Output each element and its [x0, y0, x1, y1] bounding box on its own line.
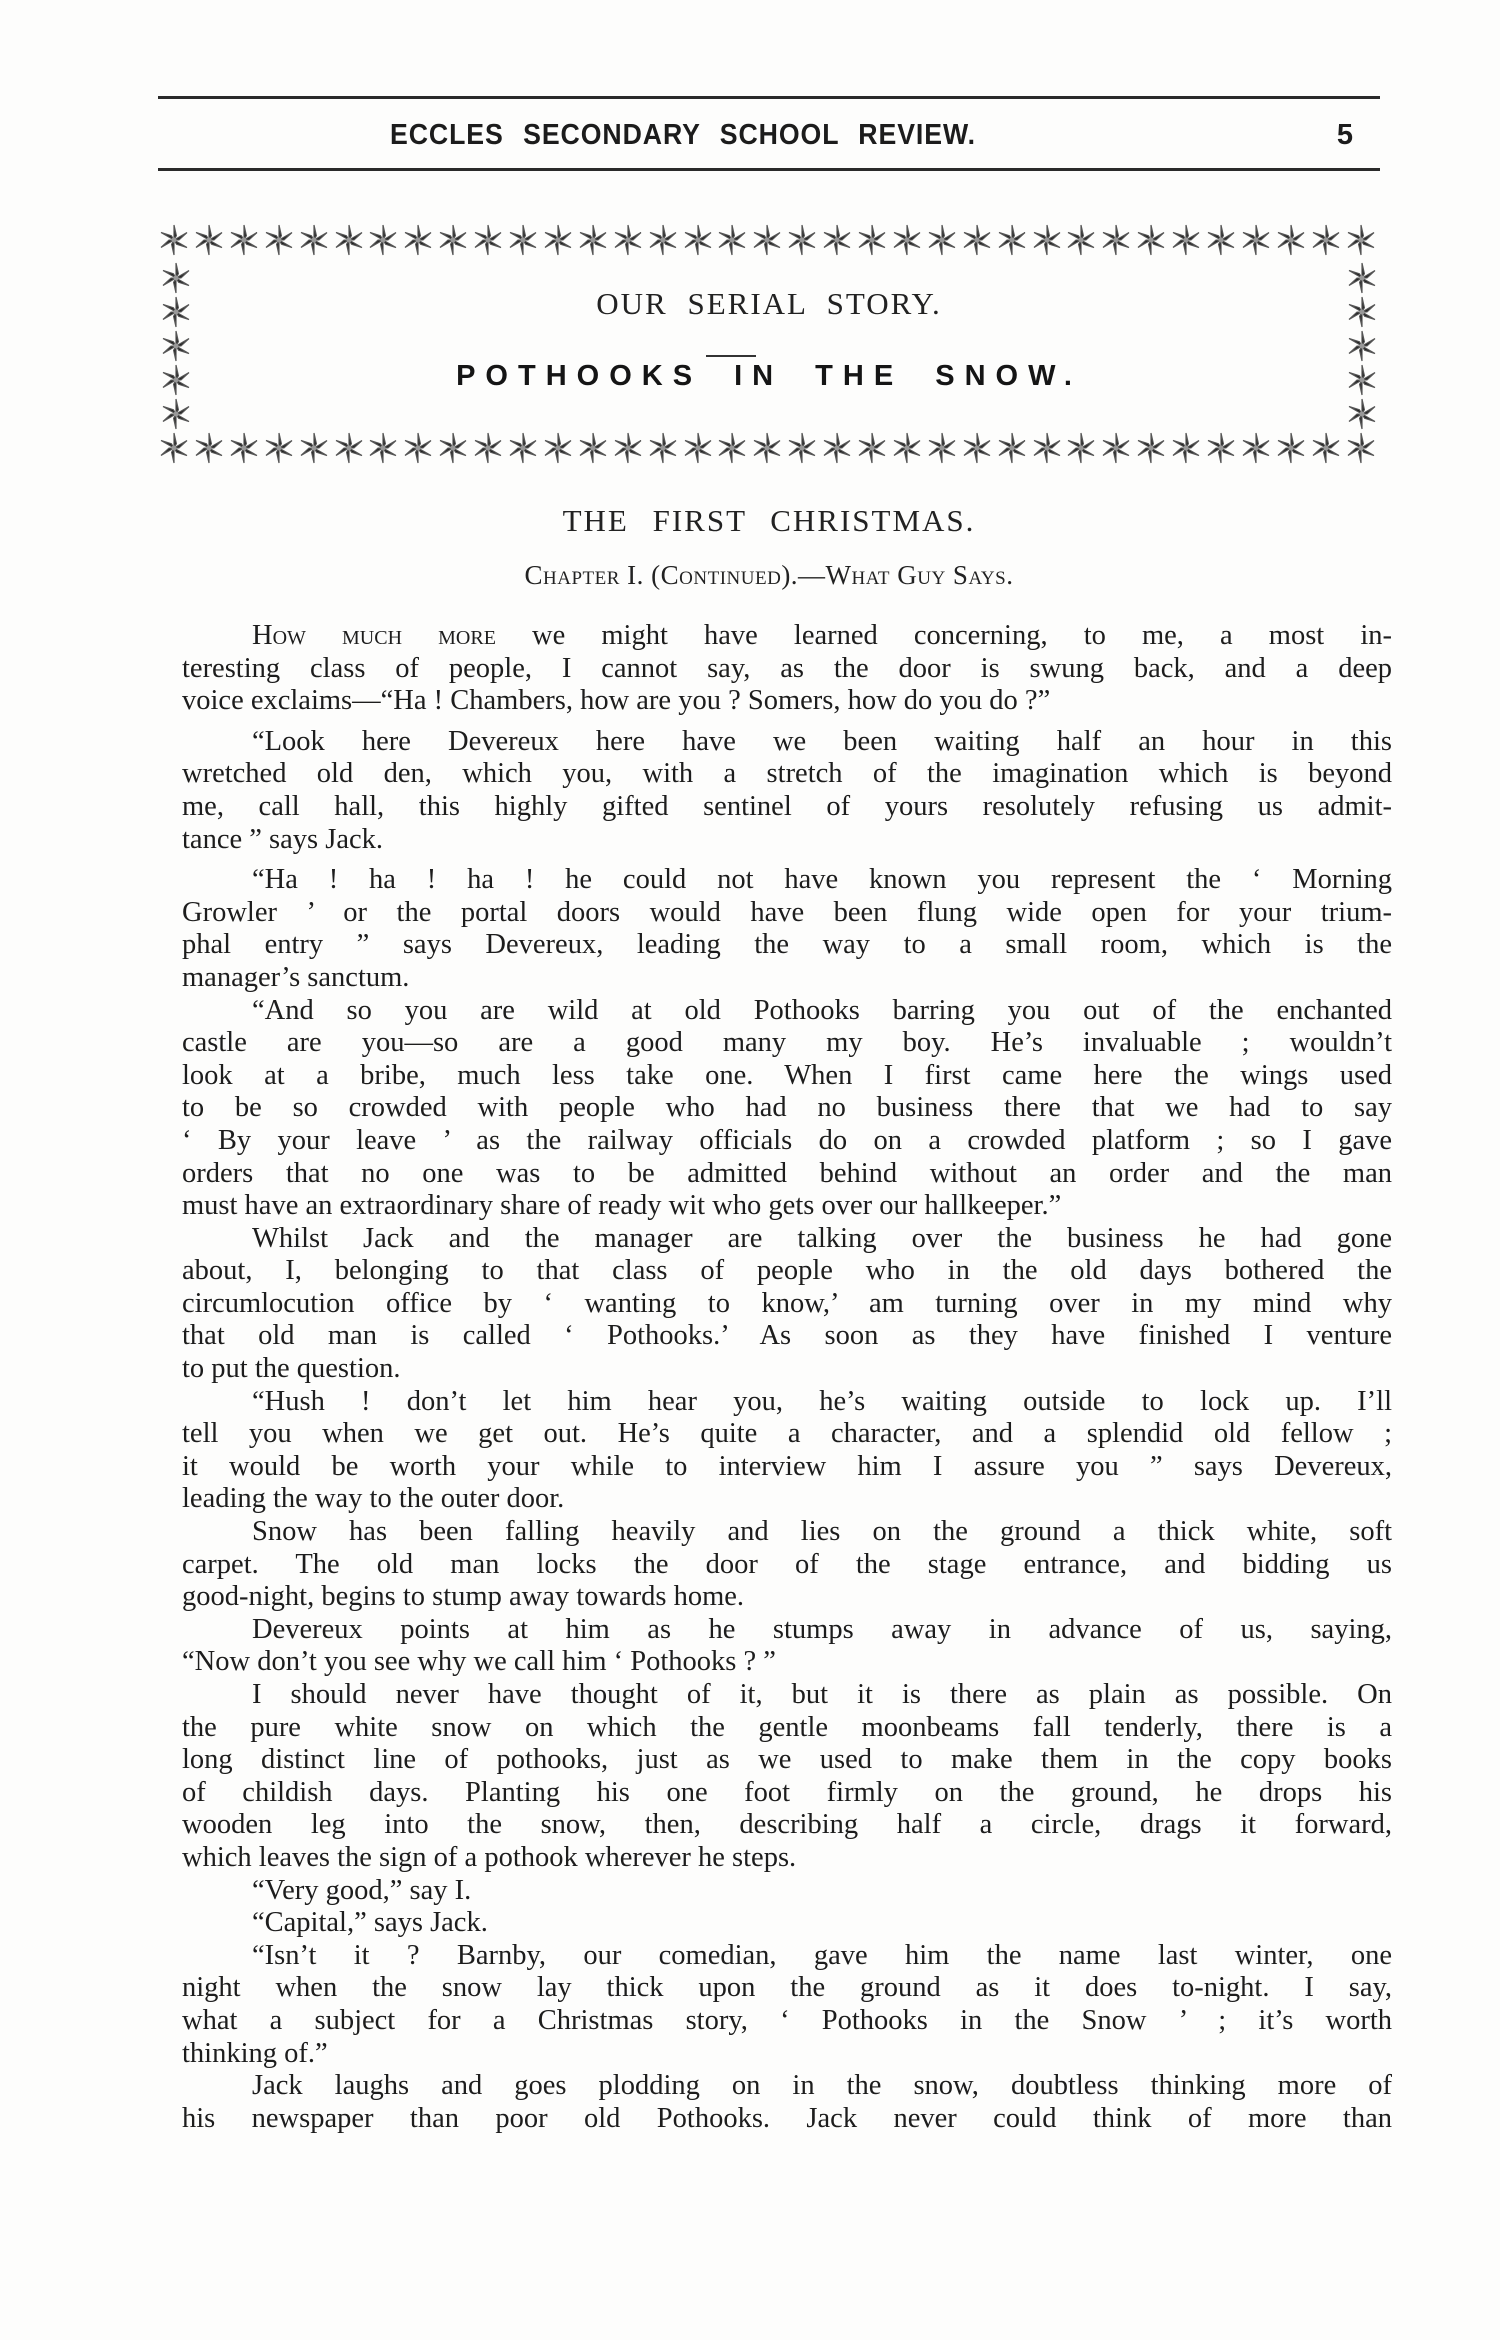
- story-paragraph: “Capital,” says Jack.: [182, 1907, 1392, 1940]
- serial-kicker: OUR SERIAL STORY.: [158, 286, 1380, 322]
- star-ornament-icon: [542, 224, 574, 256]
- star-ornament-icon: [577, 224, 609, 256]
- story-paragraph: How much more we might have learned conc…: [182, 620, 1392, 718]
- star-ornament-icon: [367, 224, 399, 256]
- star-ornament-icon: [682, 224, 714, 256]
- text-line: “Isn’t it ? Barnby, our comedian, gave h…: [182, 1940, 1392, 1973]
- star-ornament-icon: [507, 432, 539, 464]
- star-ornament-icon: [647, 224, 679, 256]
- text-line: carpet. The old man locks the door of th…: [182, 1549, 1392, 1582]
- star-ornament-icon: [1205, 432, 1237, 464]
- star-ornament-icon: [472, 224, 504, 256]
- story-paragraph: Devereux points at him as he stumps away…: [182, 1614, 1392, 1679]
- star-ornament-icon: [612, 224, 644, 256]
- lead-in-smallcaps: How much more: [252, 620, 496, 651]
- publication-title: ECCLES SECONDARY SCHOOL REVIEW.: [390, 119, 976, 152]
- text-line: to put the question.: [182, 1353, 1392, 1386]
- star-border-right: [1344, 258, 1380, 430]
- paragraph-gap: [182, 856, 1392, 864]
- star-ornament-icon: [1345, 432, 1377, 464]
- banner-divider: [706, 355, 756, 357]
- star-ornament-icon: [996, 432, 1028, 464]
- star-border-bottom: [158, 430, 1380, 466]
- star-ornament-icon: [193, 224, 225, 256]
- star-ornament-icon: [821, 224, 853, 256]
- story-paragraph: “Very good,” say I.: [182, 1875, 1392, 1908]
- text-line: “Now don’t you see why we call him ‘ Pot…: [182, 1646, 1392, 1679]
- star-ornament-icon: [193, 432, 225, 464]
- text-line: tance ” says Jack.: [182, 824, 1392, 857]
- star-ornament-icon: [158, 224, 190, 256]
- text-line: wooden leg into the snow, then, describi…: [182, 1809, 1392, 1842]
- star-ornament-icon: [1345, 224, 1377, 256]
- text-line: voice exclaims—“Ha ! Chambers, how are y…: [182, 685, 1392, 718]
- text-line: teresting class of people, I cannot say,…: [182, 653, 1392, 686]
- star-ornament-icon: [437, 432, 469, 464]
- text-line: “Look here Devereux here have we been wa…: [182, 726, 1392, 759]
- star-ornament-icon: [1135, 432, 1167, 464]
- star-ornament-icon: [1205, 224, 1237, 256]
- star-ornament-icon: [160, 330, 192, 362]
- text-line: Whilst Jack and the manager are talking …: [182, 1223, 1392, 1256]
- star-ornament-icon: [926, 224, 958, 256]
- chapter-title: Chapter I. (Continued).—What Guy Says.: [158, 560, 1380, 591]
- page-number: 5: [1337, 119, 1354, 152]
- text-line: wretched old den, which you, with a stre…: [182, 758, 1392, 791]
- text-line: Snow has been falling heavily and lies o…: [182, 1516, 1392, 1549]
- text-line: Growler ’ or the portal doors would have…: [182, 897, 1392, 930]
- text-line: good-night, begins to stump away towards…: [182, 1581, 1392, 1614]
- text-line: I should never have thought of it, but i…: [182, 1679, 1392, 1712]
- star-ornament-icon: [926, 432, 958, 464]
- star-ornament-icon: [1275, 224, 1307, 256]
- text-line: Devereux points at him as he stumps away…: [182, 1614, 1392, 1647]
- header-rule-top: [158, 96, 1380, 99]
- text-line: me, call hall, this highly gifted sentin…: [182, 791, 1392, 824]
- text-line: “Ha ! ha ! ha ! he could not have known …: [182, 864, 1392, 897]
- star-ornament-icon: [716, 432, 748, 464]
- star-ornament-icon: [542, 432, 574, 464]
- star-ornament-icon: [577, 432, 609, 464]
- star-ornament-icon: [333, 432, 365, 464]
- text-line: orders that no one was to be admitted be…: [182, 1158, 1392, 1191]
- star-ornament-icon: [1135, 224, 1167, 256]
- text-line: circumlocution office by ‘ wanting to kn…: [182, 1288, 1392, 1321]
- star-ornament-icon: [1100, 224, 1132, 256]
- star-ornament-icon: [298, 224, 330, 256]
- text-line: look at a bribe, much less take one. Whe…: [182, 1060, 1392, 1093]
- star-ornament-icon: [786, 224, 818, 256]
- star-ornament-icon: [263, 432, 295, 464]
- text-line: “Hush ! don’t let him hear you, he’s wai…: [182, 1386, 1392, 1419]
- text-line: castle are you—so are a good many my boy…: [182, 1027, 1392, 1060]
- text-line: How much more we might have learned conc…: [182, 620, 1392, 653]
- text-line: “Very good,” say I.: [182, 1875, 1392, 1908]
- text-line: night when the snow lay thick upon the g…: [182, 1972, 1392, 2005]
- star-ornament-icon: [891, 432, 923, 464]
- star-ornament-icon: [647, 432, 679, 464]
- story-paragraph: “Look here Devereux here have we been wa…: [182, 726, 1392, 856]
- text-line: to be so crowded with people who had no …: [182, 1092, 1392, 1125]
- story-paragraph: Whilst Jack and the manager are talking …: [182, 1223, 1392, 1386]
- star-ornament-icon: [1100, 432, 1132, 464]
- running-head: ECCLES SECONDARY SCHOOL REVIEW. 5: [158, 113, 1380, 161]
- star-ornament-icon: [507, 224, 539, 256]
- star-ornament-icon: [786, 432, 818, 464]
- star-ornament-icon: [961, 432, 993, 464]
- text-line: the pure white snow on which the gentle …: [182, 1712, 1392, 1745]
- star-ornament-icon: [996, 224, 1028, 256]
- star-ornament-icon: [612, 432, 644, 464]
- star-ornament-icon: [1310, 432, 1342, 464]
- star-ornament-icon: [716, 224, 748, 256]
- text-line: Jack laughs and goes plodding on in the …: [182, 2070, 1392, 2103]
- text-line: phal entry ” says Devereux, leading the …: [182, 929, 1392, 962]
- text-line: what a subject for a Christmas story, ‘ …: [182, 2005, 1392, 2038]
- paragraph-gap: [182, 718, 1392, 726]
- star-ornament-icon: [298, 432, 330, 464]
- text-line: his newspaper than poor old Pothooks. Ja…: [182, 2103, 1392, 2136]
- text-line: leading the way to the outer door.: [182, 1483, 1392, 1516]
- star-ornament-icon: [821, 432, 853, 464]
- star-ornament-icon: [402, 224, 434, 256]
- star-border-top: [158, 222, 1380, 258]
- star-ornament-icon: [367, 432, 399, 464]
- star-ornament-icon: [333, 224, 365, 256]
- star-ornament-icon: [1310, 224, 1342, 256]
- star-ornament-icon: [1065, 224, 1097, 256]
- star-ornament-icon: [228, 224, 260, 256]
- star-ornament-icon: [160, 398, 192, 430]
- star-ornament-icon: [1346, 330, 1378, 362]
- story-paragraph: Jack laughs and goes plodding on in the …: [182, 2070, 1392, 2135]
- story-paragraph: “Hush ! don’t let him hear you, he’s wai…: [182, 1386, 1392, 1516]
- story-paragraph: “Isn’t it ? Barnby, our comedian, gave h…: [182, 1940, 1392, 2070]
- star-ornament-icon: [856, 432, 888, 464]
- star-ornament-icon: [158, 432, 190, 464]
- star-ornament-icon: [1275, 432, 1307, 464]
- story-paragraph: “And so you are wild at old Pothooks bar…: [182, 995, 1392, 1223]
- star-ornament-icon: [437, 224, 469, 256]
- star-ornament-icon: [472, 432, 504, 464]
- star-ornament-icon: [1065, 432, 1097, 464]
- text-line: ‘ By your leave ’ as the railway officia…: [182, 1125, 1392, 1158]
- story-title: POTHOOKS IN THE SNOW.: [158, 360, 1380, 393]
- star-ornament-icon: [751, 432, 783, 464]
- text-line: of childish days. Planting his one foot …: [182, 1777, 1392, 1810]
- star-ornament-icon: [402, 432, 434, 464]
- star-ornament-icon: [1031, 224, 1063, 256]
- magazine-page: ECCLES SECONDARY SCHOOL REVIEW. 5 OUR SE…: [0, 0, 1500, 2340]
- star-ornament-icon: [1170, 224, 1202, 256]
- star-ornament-icon: [1031, 432, 1063, 464]
- star-border-left: [158, 258, 194, 430]
- text-line: thinking of.”: [182, 2038, 1392, 2071]
- star-ornament-icon: [891, 224, 923, 256]
- text-line: manager’s sanctum.: [182, 962, 1392, 995]
- star-ornament-icon: [856, 224, 888, 256]
- text-line: that old man is called ‘ Pothooks.’ As s…: [182, 1320, 1392, 1353]
- text-line: “And so you are wild at old Pothooks bar…: [182, 995, 1392, 1028]
- story-body: How much more we might have learned conc…: [182, 620, 1392, 2135]
- text-line: must have an extraordinary share of read…: [182, 1190, 1392, 1223]
- text-line: it would be worth your while to intervie…: [182, 1451, 1392, 1484]
- section-title: THE FIRST CHRISTMAS.: [158, 503, 1380, 539]
- text-line: which leaves the sign of a pothook where…: [182, 1842, 1392, 1875]
- star-ornament-icon: [682, 432, 714, 464]
- star-ornament-icon: [1170, 432, 1202, 464]
- star-ornament-icon: [263, 224, 295, 256]
- star-ornament-icon: [1240, 432, 1272, 464]
- star-ornament-icon: [751, 224, 783, 256]
- text-line: “Capital,” says Jack.: [182, 1907, 1392, 1940]
- serial-story-banner: OUR SERIAL STORY. POTHOOKS IN THE SNOW.: [158, 222, 1380, 454]
- star-ornament-icon: [961, 224, 993, 256]
- star-ornament-icon: [1346, 398, 1378, 430]
- story-paragraph: “Ha ! ha ! ha ! he could not have known …: [182, 864, 1392, 994]
- text-line: long distinct line of pothooks, just as …: [182, 1744, 1392, 1777]
- header-rule-bottom: [158, 168, 1380, 171]
- story-paragraph: I should never have thought of it, but i…: [182, 1679, 1392, 1875]
- star-ornament-icon: [228, 432, 260, 464]
- text-line: about, I, belonging to that class of peo…: [182, 1255, 1392, 1288]
- star-ornament-icon: [1240, 224, 1272, 256]
- story-paragraph: Snow has been falling heavily and lies o…: [182, 1516, 1392, 1614]
- text-line: tell you when we get out. He’s quite a c…: [182, 1418, 1392, 1451]
